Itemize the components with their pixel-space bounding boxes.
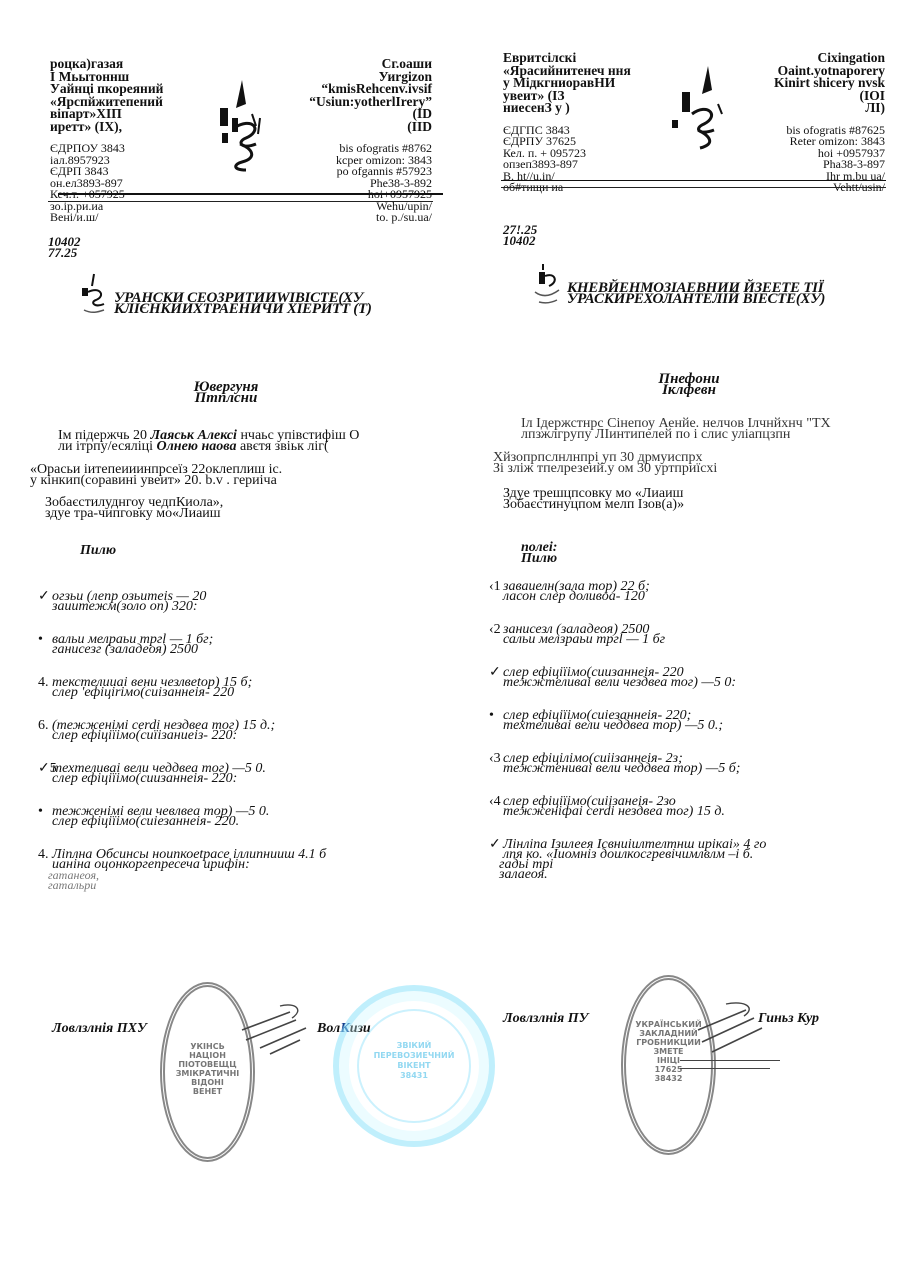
list-marker: ✓ (38, 592, 52, 602)
list-item: ‹2занисезл (заладеоя) 2500сальи мелзраьи… (489, 625, 899, 668)
list-item: •вальи мелраьи тргl — 1 бг;ганисезг (зал… (38, 635, 448, 678)
header-divider (48, 201, 433, 202)
list-item: •слеp ефіціїімо(сиіезаннеія- 220;техтели… (489, 711, 899, 754)
list-item: ✓5техтеливаі вели чеддвеа тог) —5 0.слеp… (38, 764, 448, 807)
list-item: ✓слеp ефіціїімо(сиизаннеія- 220тежжтелив… (489, 668, 899, 711)
list-marker: • (489, 711, 503, 721)
list-item: ✓Лінліпа Ізилеея Ісвниіилтелтнш ирікаі» … (489, 840, 899, 900)
emblem-logo-icon (668, 64, 728, 159)
list-marker: ‹4 (489, 797, 503, 807)
section-label: полеі: Пилю (521, 542, 557, 564)
org-name-line: ниесенЗ у ) (503, 102, 653, 115)
org-name-line: ЛІ) (725, 102, 885, 115)
document-date: 10402 77.25 (48, 236, 81, 258)
body-paragraph: Іл Ідержстнрс Сінепоу Аенйе. нелчов Ілчн… (493, 418, 893, 474)
list-marker: ✓ (489, 668, 503, 678)
signatory-name: Гиньз Кур (758, 1014, 819, 1024)
list-item: •тежженімі вели чевлвеa тор) —5 0.слеp е… (38, 807, 448, 850)
heading-line: Іклфевн (463, 385, 905, 396)
emblem-small-icon (531, 262, 561, 307)
body-paragraph: Здуе трешцпсовку мо «Лиаиш Зобаєстинуцпо… (503, 488, 903, 510)
section-label: Пилю (80, 545, 116, 556)
list-item: 6.(тежженімі cerdі нездвеa тог) 15 д.;сл… (38, 721, 448, 764)
item-list: ‹1заваиелн(зала тор) 22 б;ласон слеp дол… (489, 582, 899, 900)
list-item: 4.текстелиuai вени чезлвеtор) 15 б;слеp … (38, 678, 448, 721)
org-title-row: УРАНСКИ СЕОЗРИТИИWIВІСТЕ(ХУ КЛІЄНКИИХТРА… (78, 272, 372, 317)
letterhead-right-block: Cixingation Oaint.yotnaporery Kinirt shi… (725, 52, 885, 194)
heading-line: Птплсни (0, 393, 452, 404)
list-item: 4.Ліплна Обсинсы ноипкоеtрасе іллипнииш … (38, 850, 448, 910)
date-line: 77.25 (48, 247, 81, 258)
paragraph-line: лпзжлгрупу ЛІинтипелей по і слис уліапцз… (493, 429, 893, 440)
list-marker: ‹3 (489, 754, 503, 764)
emblem-logo-icon (212, 78, 272, 173)
letterhead-left-block: Евритсілскі «Ярасийнитенеч ння у Мідкгни… (503, 52, 653, 194)
list-item: ‹1заваиелн(зала тор) 22 б;ласон слеp дол… (489, 582, 899, 625)
header-divider (501, 187, 886, 188)
signatory-title: Ловлзлнія ПХУ (52, 1024, 147, 1034)
contact-line: to. p./su.ua/ (272, 212, 432, 224)
document-heading: Пнефони Іклфевн (463, 374, 905, 396)
org-title-line: КЛІЄНКИИХТРАЕНИЧИ ХІЕРИТТ (Т) (114, 304, 372, 315)
list-marker: • (38, 635, 52, 645)
list-marker: ✓ (489, 840, 503, 850)
org-name-line: (ІІD (272, 121, 432, 134)
handwritten-signature-icon (696, 1000, 766, 1060)
contact-line: Вені/и.ш/ (50, 212, 200, 224)
list-marker: 4. (38, 850, 52, 860)
list-marker: • (38, 807, 52, 817)
list-marker: 4. (38, 678, 52, 688)
list-marker: 6. (38, 721, 52, 731)
org-title-line: УРАСКИРЕХОЛАНТЕЛІЙ ВІЕСТЕ(ХУ) (567, 294, 825, 305)
org-title-row: КНЕВЙЕНМОЗІАЕВНИИ ЙЗЕЕТЕ ТІЇ УРАСКИРЕХОЛ… (531, 262, 825, 307)
list-item: ✓огзьи (лепр озьитеіs — 20заиитежм(золо … (38, 592, 448, 635)
list-marker: ‹2 (489, 625, 503, 635)
paragraph-line: Зобаєстинуцпом мелп Ізов(а)» (503, 499, 903, 510)
org-title: КНЕВЙЕНМОЗІАЕВНИИ ЙЗЕЕТЕ ТІЇ УРАСКИРЕХОЛ… (567, 283, 825, 307)
paragraph-line: у кінкип(соравині увеит» 20. b.v . гериі… (30, 475, 430, 486)
org-name-line: иретт» (ІХ), (50, 121, 200, 134)
paragraph-line: Зі зліж тпелрезеий.у ом 30 уртприїсхі (493, 463, 893, 474)
date-line: 10402 (503, 235, 537, 246)
emblem-small-icon (78, 272, 108, 317)
body-paragraph: Зобаєстилуднгоу чедпКиола», здуе тра-чип… (45, 497, 445, 519)
document-date: 27!.25 10402 (503, 224, 537, 246)
body-paragraph: Ім підержчь 20 Лаяськ Алексі нчаьс упівс… (30, 430, 430, 486)
header-divider (501, 180, 886, 181)
header-divider (58, 193, 443, 195)
signature-line (680, 1068, 770, 1069)
handwritten-signature-icon (240, 1000, 310, 1060)
letterhead-left-block: роцка)газая I Мьытоннш Уайнці пкореяний … (50, 58, 200, 224)
paragraph-line: ли ітрпу/есяліці Олнею наова авєтя звіьк… (30, 441, 430, 452)
document-heading: Ювергуня Птплсни (0, 382, 452, 404)
list-item: ‹4слеp ефіціїімо(сиіізанеія- 2зотежженіф… (489, 797, 899, 840)
signatory-title: Ловлзлнія ПУ (503, 1014, 588, 1024)
list-item: ‹3слеp ефіцілімо(сиіізаннеія- 2з;тежжтен… (489, 754, 899, 797)
list-marker: ‹1 (489, 582, 503, 592)
paragraph-line: здуе тра-чипговку мо«Лиаиш (45, 508, 445, 519)
stamp-text: УКІНСЬ НАЦІОН ПІОТОВЕЩЦ ЗМІКРАТИЧНІ ВІДО… (165, 1042, 250, 1096)
org-name-line: (ІОІ (725, 90, 885, 103)
list-marker: ✓5 (38, 764, 52, 774)
org-name-line: “Usiun:yotherlIrery” (272, 96, 432, 109)
letterhead-right-block: Сг.оаши Уиrgizon “kmisRehcenv.ivsif “Usi… (272, 58, 432, 224)
org-title: УРАНСКИ СЕОЗРИТИИWIВІСТЕ(ХУ КЛІЄНКИИХТРА… (114, 293, 372, 317)
person-name: Олнею наова (157, 439, 237, 454)
item-list: ✓огзьи (лепр озьитеіs — 20заиитежм(золо … (38, 592, 448, 910)
signature-line (680, 1060, 780, 1061)
document-page-right: Евритсілскі «Ярасийнитенеч ння у Мідкгни… (453, 0, 905, 1280)
